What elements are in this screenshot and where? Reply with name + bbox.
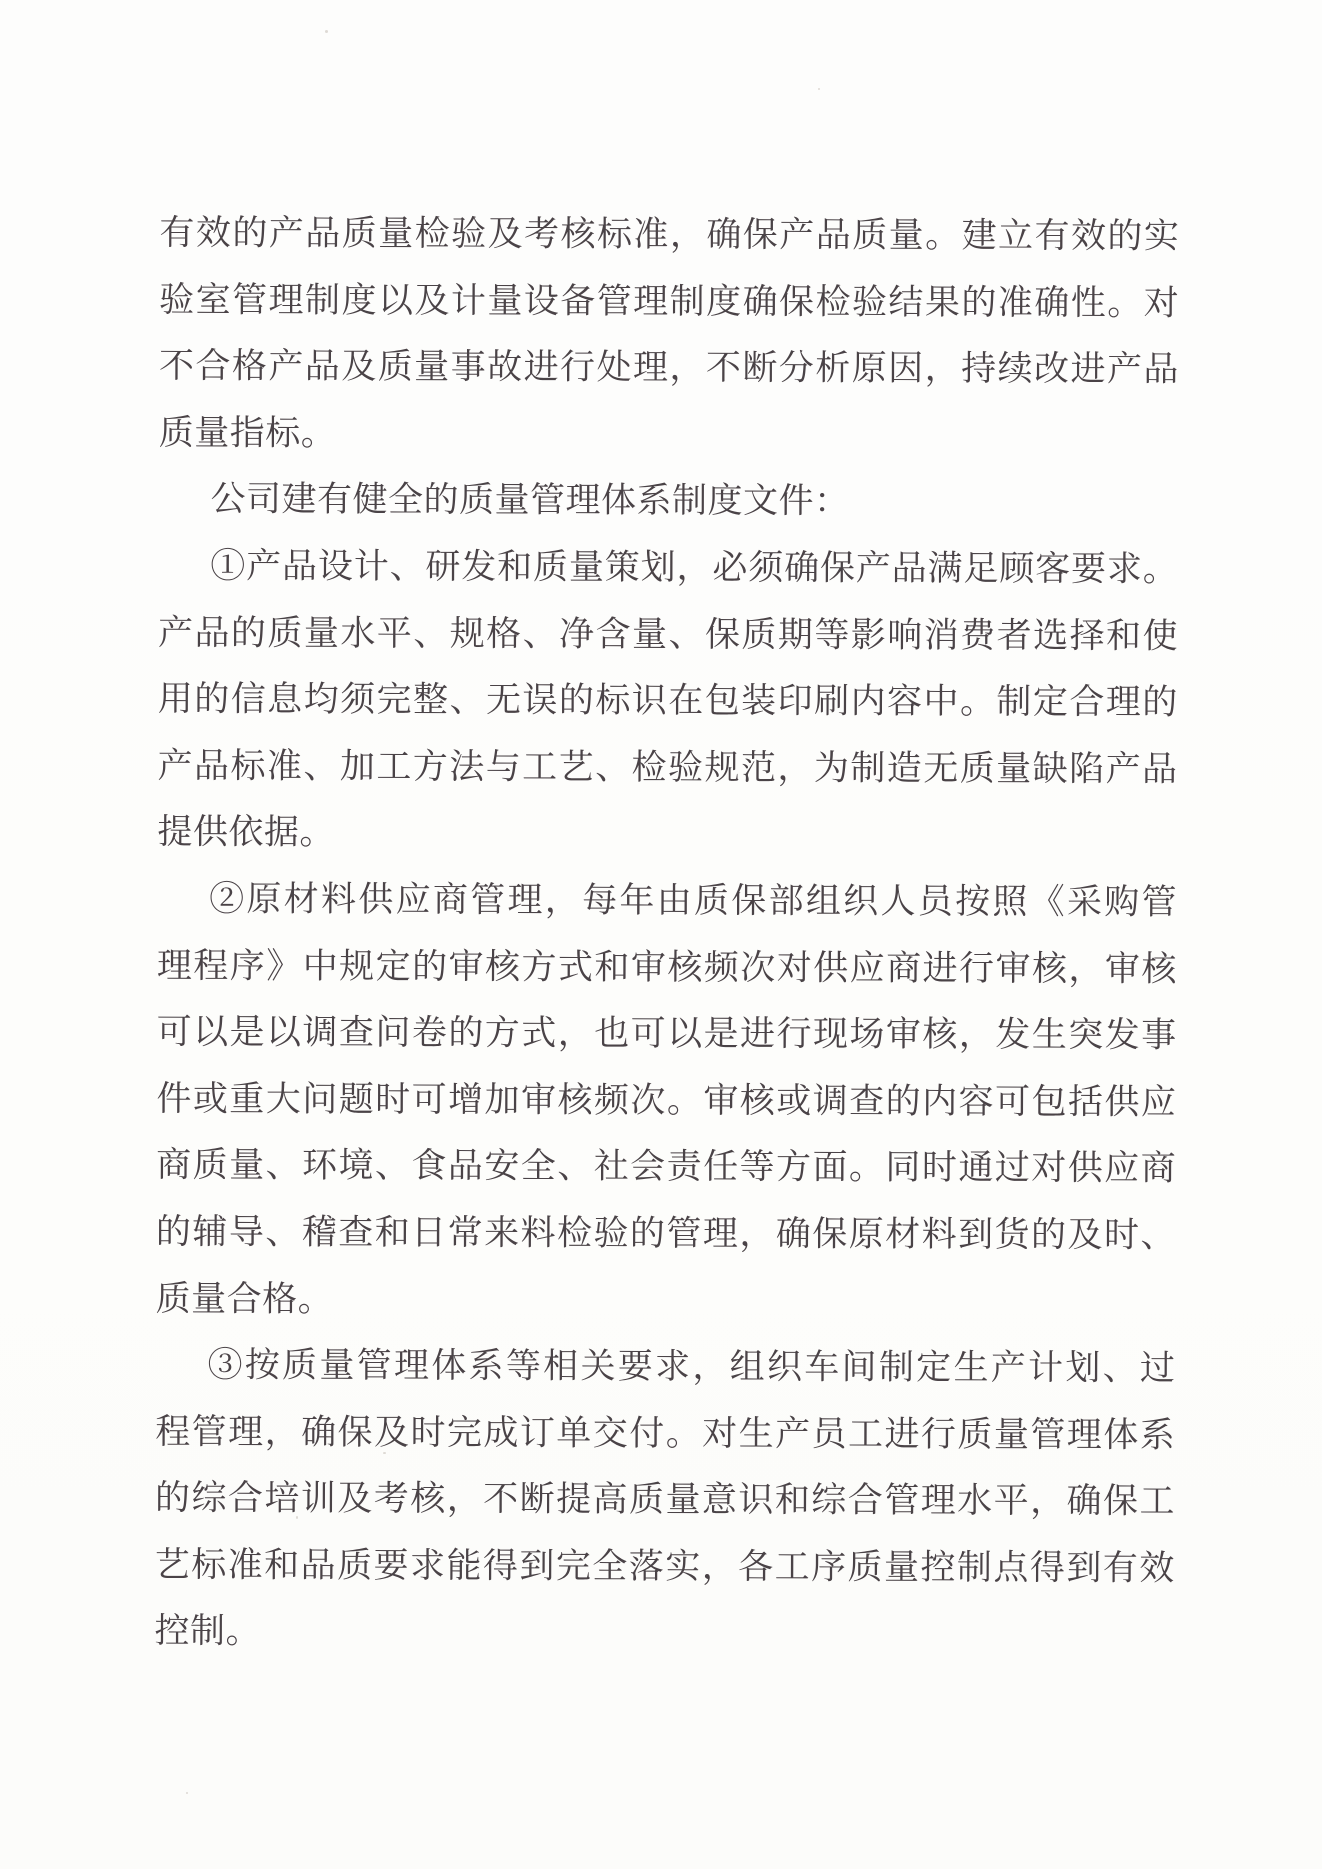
text-line-2: 验室管理制度以及计量设备管理制度确保检验结果的准确性。对	[159, 267, 1179, 337]
text-line-14: 件或重大问题时可增加审核频次。审核或调查的内容可包括供应	[156, 1066, 1176, 1136]
text-line-13: 可以是以调查问卷的方式，也可以是进行现场审核，发生突发事	[157, 999, 1177, 1069]
text-line-15: 商质量、环境、食品安全、社会责任等方面。同时通过对供应商	[156, 1133, 1176, 1203]
text-line-21: 艺标准和品质要求能得到完全落实，各工序质量控制点得到有效	[155, 1532, 1175, 1602]
text-line-8: 用的信息均须完整、无误的标识在包装印刷内容中。制定合理的	[158, 666, 1178, 736]
scan-speck	[325, 30, 328, 33]
text-line-7: 产品的质量水平、规格、净含量、保质期等影响消费者选择和使	[158, 600, 1178, 670]
scan-speck	[186, 1792, 188, 1794]
scanned-page: 有效的产品质量检验及考核标准，确保产品质量。建立有效的实 验室管理制度以及计量设…	[0, 0, 1322, 1869]
text-line-18: ③按质量管理体系等相关要求，组织车间制定生产计划、过	[155, 1332, 1175, 1402]
text-line-1: 有效的产品质量检验及考核标准，确保产品质量。建立有效的实	[159, 200, 1179, 270]
text-line-16: 的辅导、稽查和日常来料检验的管理，确保原材料到货的及时、	[156, 1199, 1176, 1269]
text-line-5: 公司建有健全的质量管理体系制度文件：	[158, 467, 1178, 537]
text-line-10: 提供依据。	[157, 800, 1177, 870]
text-line-17: 质量合格。	[156, 1266, 1176, 1336]
scan-speck	[818, 88, 820, 90]
document-body: 有效的产品质量检验及考核标准，确保产品质量。建立有效的实 验室管理制度以及计量设…	[154, 200, 1179, 1669]
text-line-19: 程管理，确保及时完成订单交付。对生产员工进行质量管理体系	[155, 1399, 1175, 1469]
text-line-12: 理程序》中规定的审核方式和审核频次对供应商进行审核，审核	[157, 933, 1177, 1003]
text-line-6: ①产品设计、研发和质量策划，必须确保产品满足顾客要求。	[158, 533, 1178, 603]
text-line-11: ②原材料供应商管理，每年由质保部组织人员按照《采购管	[157, 866, 1177, 936]
text-line-3: 不合格产品及质量事故进行处理，不断分析原因，持续改进产品	[159, 333, 1179, 403]
text-line-20: 的综合培训及考核，不断提高质量意识和综合管理水平，确保工	[155, 1465, 1175, 1535]
text-line-22: 控制。	[154, 1599, 1174, 1669]
text-line-9: 产品标准、加工方法与工艺、检验规范，为制造无质量缺陷产品	[157, 733, 1177, 803]
text-line-4: 质量指标。	[159, 400, 1179, 470]
